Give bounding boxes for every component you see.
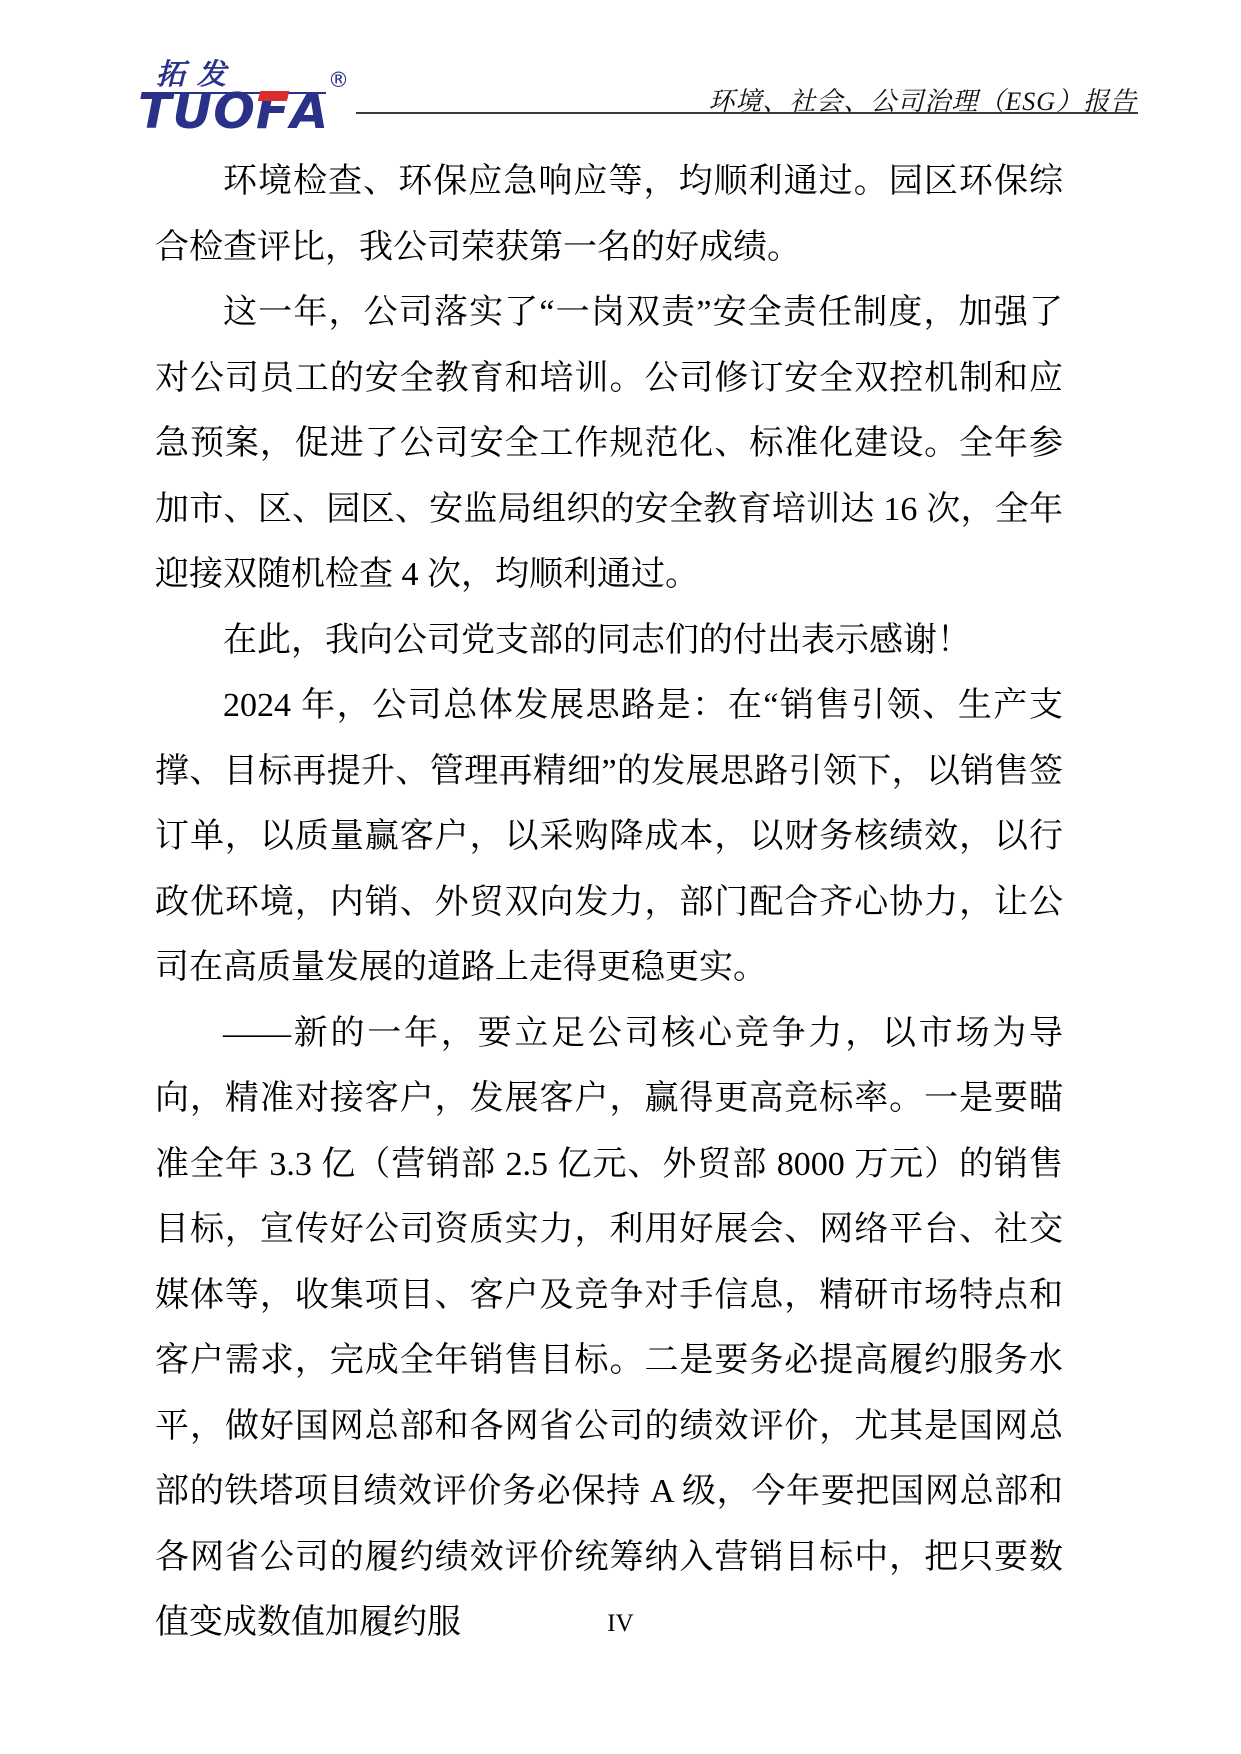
logo-wordmark: TUOFA <box>138 87 329 136</box>
paragraph: 在此，我向公司党支部的同志们的付出表示感谢！ <box>155 608 1063 674</box>
logo-letter: O <box>213 87 256 136</box>
company-logo: 拓发 TUOFA ® <box>138 54 368 142</box>
page-number: IV <box>0 1610 1241 1638</box>
paragraph: 这一年，公司落实了“一岗双责”安全责任制度，加强了对公司员工的安全教育和培训。公… <box>155 280 1063 608</box>
document-body: 环境检查、环保应急响应等，均顺利通过。园区环保综合检查评比，我公司荣获第一名的好… <box>155 149 1063 1656</box>
paragraph: 环境检查、环保应急响应等，均顺利通过。园区环保综合检查评比，我公司荣获第一名的好… <box>155 149 1063 280</box>
logo-letter-f-redbar: F <box>256 87 290 136</box>
paragraph: ——新的一年，要立足公司核心竞争力，以市场为导向，精准对接客户，发展客户，赢得更… <box>155 1001 1063 1656</box>
document-page: 拓发 TUOFA ® 环境、社会、公司治理（ESG）报告 环境检查、环保应急响应… <box>0 0 1241 1754</box>
logo-letter: T <box>138 87 172 136</box>
logo-letter: U <box>172 87 213 136</box>
paragraph: 2024 年，公司总体发展思路是：在“销售引领、生产支撑、目标再提升、管理再精细… <box>155 673 1063 1001</box>
logo-letter: A <box>290 87 329 136</box>
registered-trademark-icon: ® <box>328 68 349 92</box>
report-header-title: 环境、社会、公司治理（ESG）报告 <box>708 81 1137 118</box>
